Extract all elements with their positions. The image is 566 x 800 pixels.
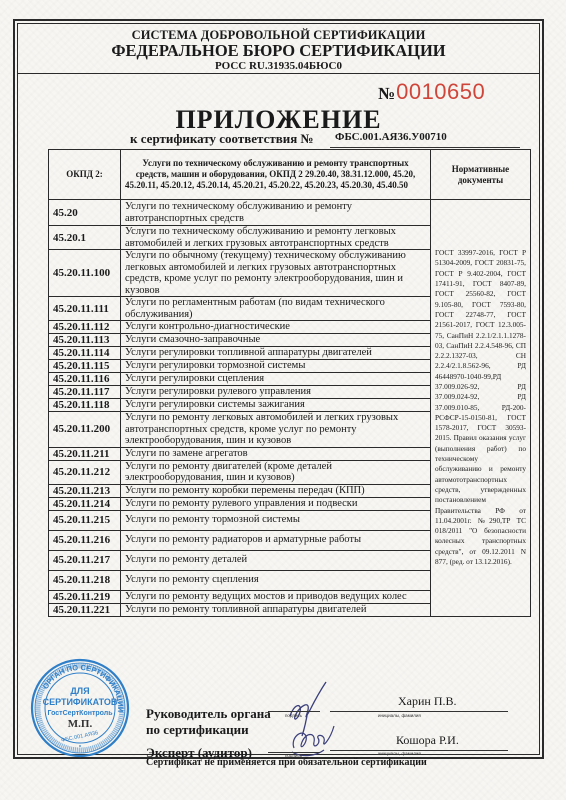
table-row: 45.20Услуги по техническому обслуживанию… bbox=[49, 200, 531, 226]
svg-text:ГостСертКонтроль: ГостСертКонтроль bbox=[47, 710, 113, 717]
registration-number: РОСС RU.31935.04БЮС0 bbox=[17, 60, 540, 72]
service-description: Услуги по ремонту легковых автомобилей и… bbox=[121, 412, 431, 448]
svg-text:М.П.: М.П. bbox=[68, 718, 93, 730]
okpd-code: 45.20.11.114 bbox=[49, 347, 121, 360]
normative-documents: ГОСТ 33997-2016, ГОСТ Р 51304-2009, ГОСТ… bbox=[431, 200, 531, 617]
svg-text:СЕРТИФИКАТОВ: СЕРТИФИКАТОВ bbox=[43, 697, 118, 707]
svg-text:ДЛЯ: ДЛЯ bbox=[70, 686, 89, 696]
header-documents: Нормативные документы bbox=[431, 150, 531, 200]
services-table: ОКПД 2: Услуги по техническому обслужива… bbox=[48, 149, 531, 617]
service-description: Услуги контрольно-диагностические bbox=[121, 321, 431, 334]
seal-stamp-icon: ОРГАН ПО СЕРТИФИКАЦИИ ДЛЯ СЕРТИФИКАТОВ Г… bbox=[30, 658, 130, 758]
bureau-name: ФЕДЕРАЛЬНОЕ БЮРО СЕРТИФИКАЦИИ bbox=[17, 41, 540, 61]
service-description: Услуги по регламентным работам (по видам… bbox=[121, 297, 431, 321]
okpd-code: 45.20.11.213 bbox=[49, 484, 121, 497]
okpd-code: 45.20.11.100 bbox=[49, 250, 121, 297]
service-description: Услуги по замене агрегатов bbox=[121, 447, 431, 460]
okpd-code: 45.20.11.214 bbox=[49, 497, 121, 510]
certificate-number-underline bbox=[330, 147, 520, 148]
okpd-code: 45.20.11.117 bbox=[49, 386, 121, 399]
head-name: Харин П.В. bbox=[398, 694, 457, 709]
okpd-code: 45.20.11.112 bbox=[49, 321, 121, 334]
service-description: Услуги регулировки системы зажигания bbox=[121, 399, 431, 412]
okpd-code: 45.20.11.115 bbox=[49, 360, 121, 373]
okpd-code: 45.20.11.116 bbox=[49, 373, 121, 386]
form-number-value: 0010650 bbox=[396, 79, 485, 104]
service-description: Услуги по ремонту радиаторов и арматурны… bbox=[121, 530, 431, 550]
okpd-code: 45.20.11.111 bbox=[49, 297, 121, 321]
service-description: Услуги по ремонту коробки перемены перед… bbox=[121, 484, 431, 497]
service-description: Услуги по обычному (текущему) техническо… bbox=[121, 250, 431, 297]
head-label-line1: Руководитель органа bbox=[146, 706, 271, 722]
okpd-code: 45.20.11.113 bbox=[49, 334, 121, 347]
table-header-row: ОКПД 2: Услуги по техническому обслужива… bbox=[49, 150, 531, 200]
okpd-code: 45.20.11.221 bbox=[49, 603, 121, 616]
service-description: Услуги по техническому обслуживанию и ре… bbox=[121, 200, 431, 226]
head-name-caption: инициалы, фамилия bbox=[378, 713, 421, 718]
service-description: Услуги по ремонту тормозной системы bbox=[121, 510, 431, 530]
okpd-code: 45.20.11.118 bbox=[49, 399, 121, 412]
service-description: Услуги по ремонту двигателей (кроме дета… bbox=[121, 460, 431, 484]
certificate-number: ФБС.001.АЯ36.У00710 bbox=[335, 131, 447, 143]
okpd-code: 45.20.11.211 bbox=[49, 447, 121, 460]
service-description: Услуги регулировки рулевого управления bbox=[121, 386, 431, 399]
service-description: Услуги по ремонту деталей bbox=[121, 550, 431, 570]
service-description: Услуги смазочно-заправочные bbox=[121, 334, 431, 347]
service-description: Услуги регулировки топливной аппаратуры … bbox=[121, 347, 431, 360]
head-label-line2: по сертификации bbox=[146, 722, 249, 738]
head-signature-caption: подпись bbox=[285, 713, 302, 718]
okpd-code: 45.20.11.218 bbox=[49, 570, 121, 590]
header-description: Услуги по техническому обслуживанию и ре… bbox=[121, 150, 431, 200]
form-number: №0010650 bbox=[378, 79, 485, 105]
number-sign: № bbox=[378, 84, 395, 103]
okpd-code: 45.20.11.200 bbox=[49, 412, 121, 448]
service-description: Услуги регулировки тормозной системы bbox=[121, 360, 431, 373]
okpd-code: 45.20.1 bbox=[49, 226, 121, 250]
header-code: ОКПД 2: bbox=[49, 150, 121, 200]
head-name-line bbox=[330, 711, 508, 712]
service-description: Услуги по ремонту рулевого управления и … bbox=[121, 497, 431, 510]
okpd-code: 45.20.11.212 bbox=[49, 460, 121, 484]
service-description: Услуги по техническому обслуживанию и ре… bbox=[121, 226, 431, 250]
svg-text:ФБС.001.АЯ36: ФБС.001.АЯ36 bbox=[61, 730, 99, 744]
expert-name: Кошора Р.И. bbox=[396, 733, 459, 748]
service-description: Услуги по ремонту сцепления bbox=[121, 570, 431, 590]
okpd-code: 45.20.11.219 bbox=[49, 590, 121, 603]
okpd-code: 45.20.11.216 bbox=[49, 530, 121, 550]
okpd-code: 45.20 bbox=[49, 200, 121, 226]
okpd-code: 45.20.11.217 bbox=[49, 550, 121, 570]
footnote: Сертификат не применяется при обязательн… bbox=[146, 757, 427, 768]
head-signature-line bbox=[268, 711, 320, 712]
service-description: Услуги по ремонту топливной аппаратуры д… bbox=[121, 603, 431, 616]
expert-name-caption: инициалы, фамилия bbox=[378, 751, 421, 756]
service-description: Услуги по ремонту ведущих мостов и приво… bbox=[121, 590, 431, 603]
service-description: Услуги регулировки сцепления bbox=[121, 373, 431, 386]
okpd-code: 45.20.11.215 bbox=[49, 510, 121, 530]
page-subtitle: к сертификату соответствия № bbox=[130, 131, 314, 147]
header-divider bbox=[17, 73, 540, 74]
